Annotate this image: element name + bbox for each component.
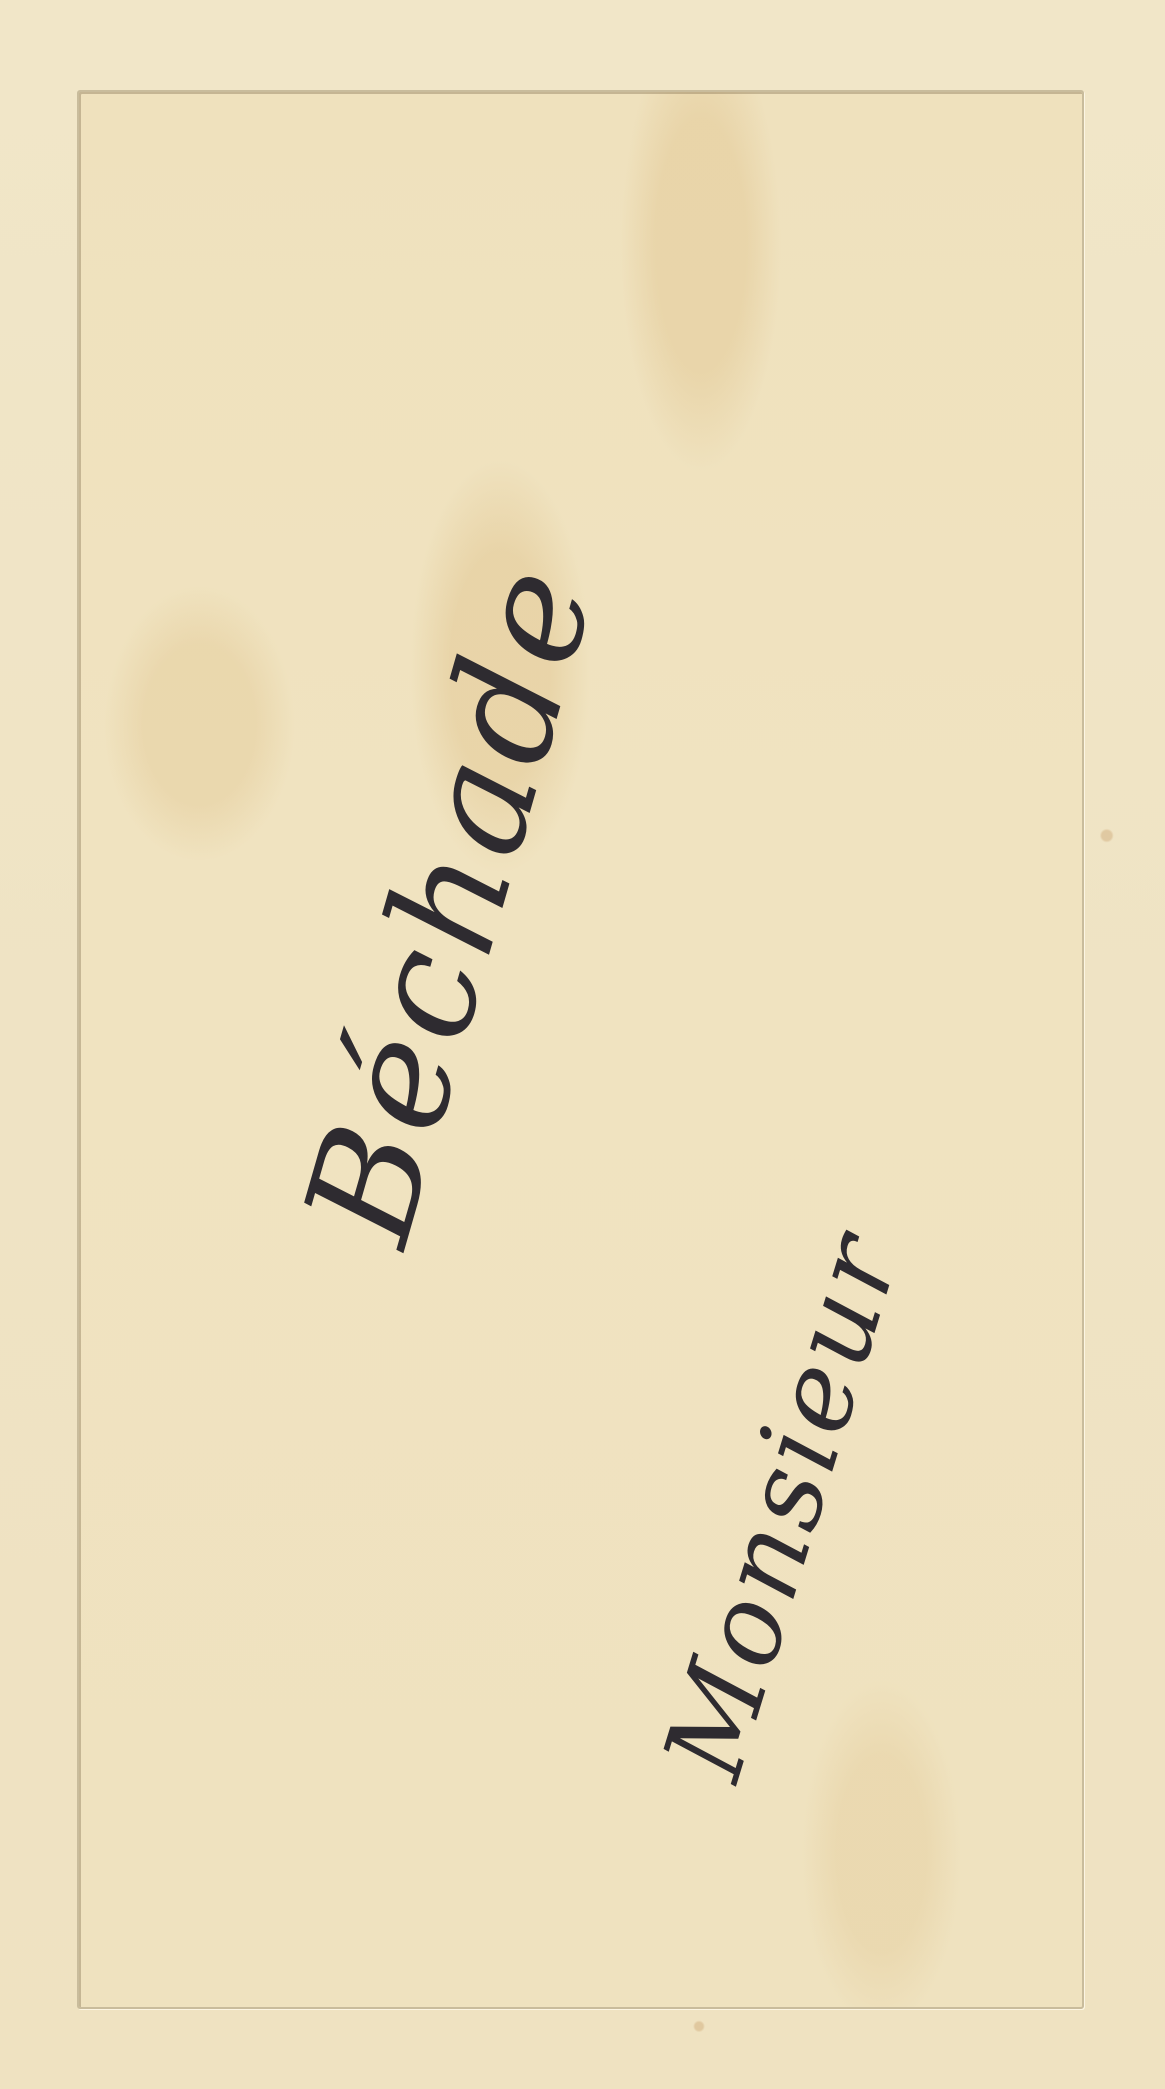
embossed-panel (77, 90, 1084, 2009)
photo-card-back: Béchade Monsieur (0, 0, 1165, 2089)
